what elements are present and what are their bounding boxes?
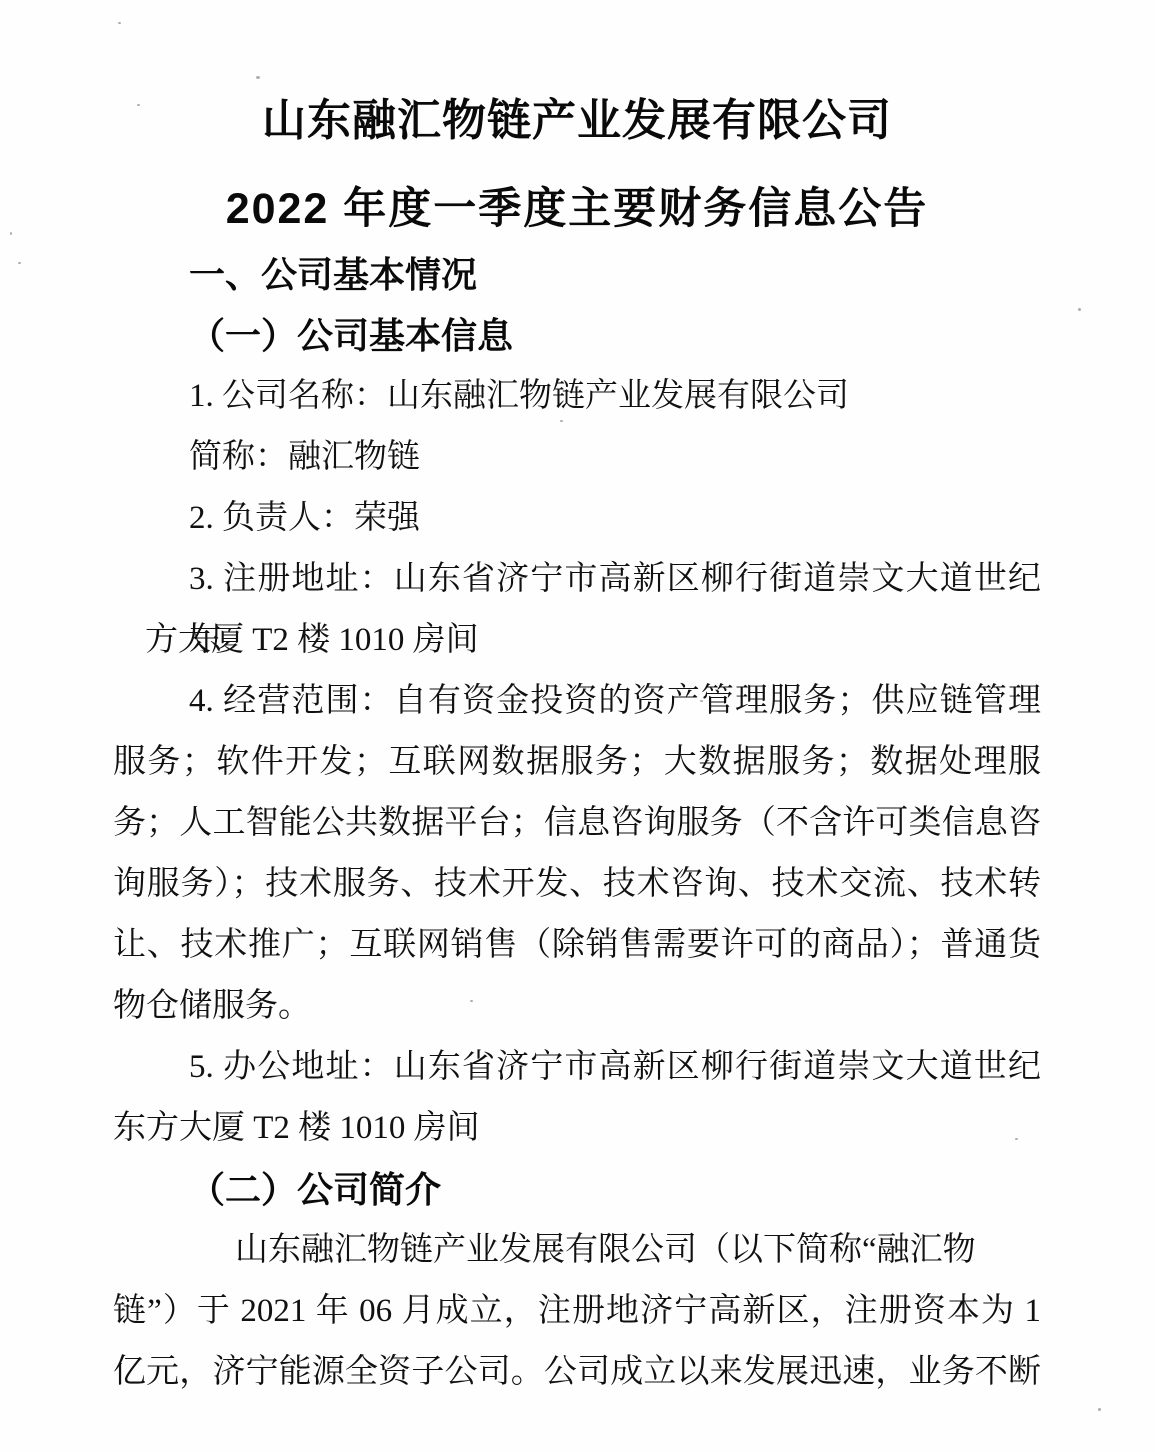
office-address-line-1: 5. 办公地址：山东省济宁市高新区柳行街道崇文大道世纪: [113, 1037, 1041, 1098]
scan-speck: [18, 262, 21, 264]
section-heading-1: 一、公司基本情况: [113, 244, 1041, 305]
company-intro-line-3: 亿元，济宁能源全资子公司。公司成立以来发展迅速，业务不断: [113, 1342, 1041, 1403]
subsection-heading-1-2: （二）公司简介: [113, 1159, 1041, 1220]
business-scope-line-5: 让、技术推广；互联网销售（除销售需要许可的商品）；普通货: [113, 915, 1041, 976]
office-address-line-2: 东方大厦 T2 楼 1010 房间: [113, 1098, 1041, 1159]
document-subtitle: 2022 年度一季度主要财务信息公告: [113, 178, 1041, 240]
business-scope-line-3: 务；人工智能公共数据平台；信息咨询服务（不含许可类信息咨: [113, 793, 1041, 854]
document-title: 山东融汇物链产业发展有限公司: [113, 90, 1041, 152]
scan-speck: [1078, 308, 1081, 311]
business-scope-line-1: 4. 经营范围：自有资金投资的资产管理服务；供应链管理: [113, 671, 1041, 732]
company-short-name-line: 简称：融汇物链: [113, 427, 1041, 488]
scan-speck: [256, 76, 260, 79]
scan-speck: [700, 700, 703, 702]
scan-speck: [10, 232, 12, 235]
company-intro-line-2: 链”）于 2021 年 06 月成立，注册地济宁高新区，注册资本为 1: [113, 1281, 1041, 1342]
business-scope-line-6: 物仓储服务。: [113, 976, 1041, 1037]
scan-speck: [118, 22, 121, 24]
registered-address-line-2: 方大厦 T2 楼 1010 房间: [113, 610, 1041, 671]
scan-speck: [1015, 1138, 1018, 1140]
subsection-heading-1-1: （一）公司基本信息: [113, 305, 1041, 366]
scan-speck: [137, 104, 140, 106]
business-scope-line-4: 询服务）；技术服务、技术开发、技术咨询、技术交流、技术转: [113, 854, 1041, 915]
company-name-line: 1. 公司名称：山东融汇物链产业发展有限公司: [113, 366, 1041, 427]
company-intro-line-1: 山东融汇物链产业发展有限公司（以下简称“融汇物: [113, 1220, 1041, 1281]
responsible-person-line: 2. 负责人：荣强: [113, 488, 1041, 549]
document-body: 一、公司基本情况（一）公司基本信息1. 公司名称：山东融汇物链产业发展有限公司简…: [113, 244, 1041, 1403]
business-scope-line-2: 服务；软件开发；互联网数据服务；大数据服务；数据处理服: [113, 732, 1041, 793]
document-page: 山东融汇物链产业发展有限公司 2022 年度一季度主要财务信息公告 一、公司基本…: [0, 0, 1155, 1452]
scan-speck: [470, 1000, 473, 1002]
scan-speck: [560, 420, 563, 422]
scan-speck: [1098, 1408, 1101, 1411]
scan-speck: [690, 832, 692, 835]
registered-address-line-1: 3. 注册地址：山东省济宁市高新区柳行街道崇文大道世纪东: [113, 549, 1041, 610]
